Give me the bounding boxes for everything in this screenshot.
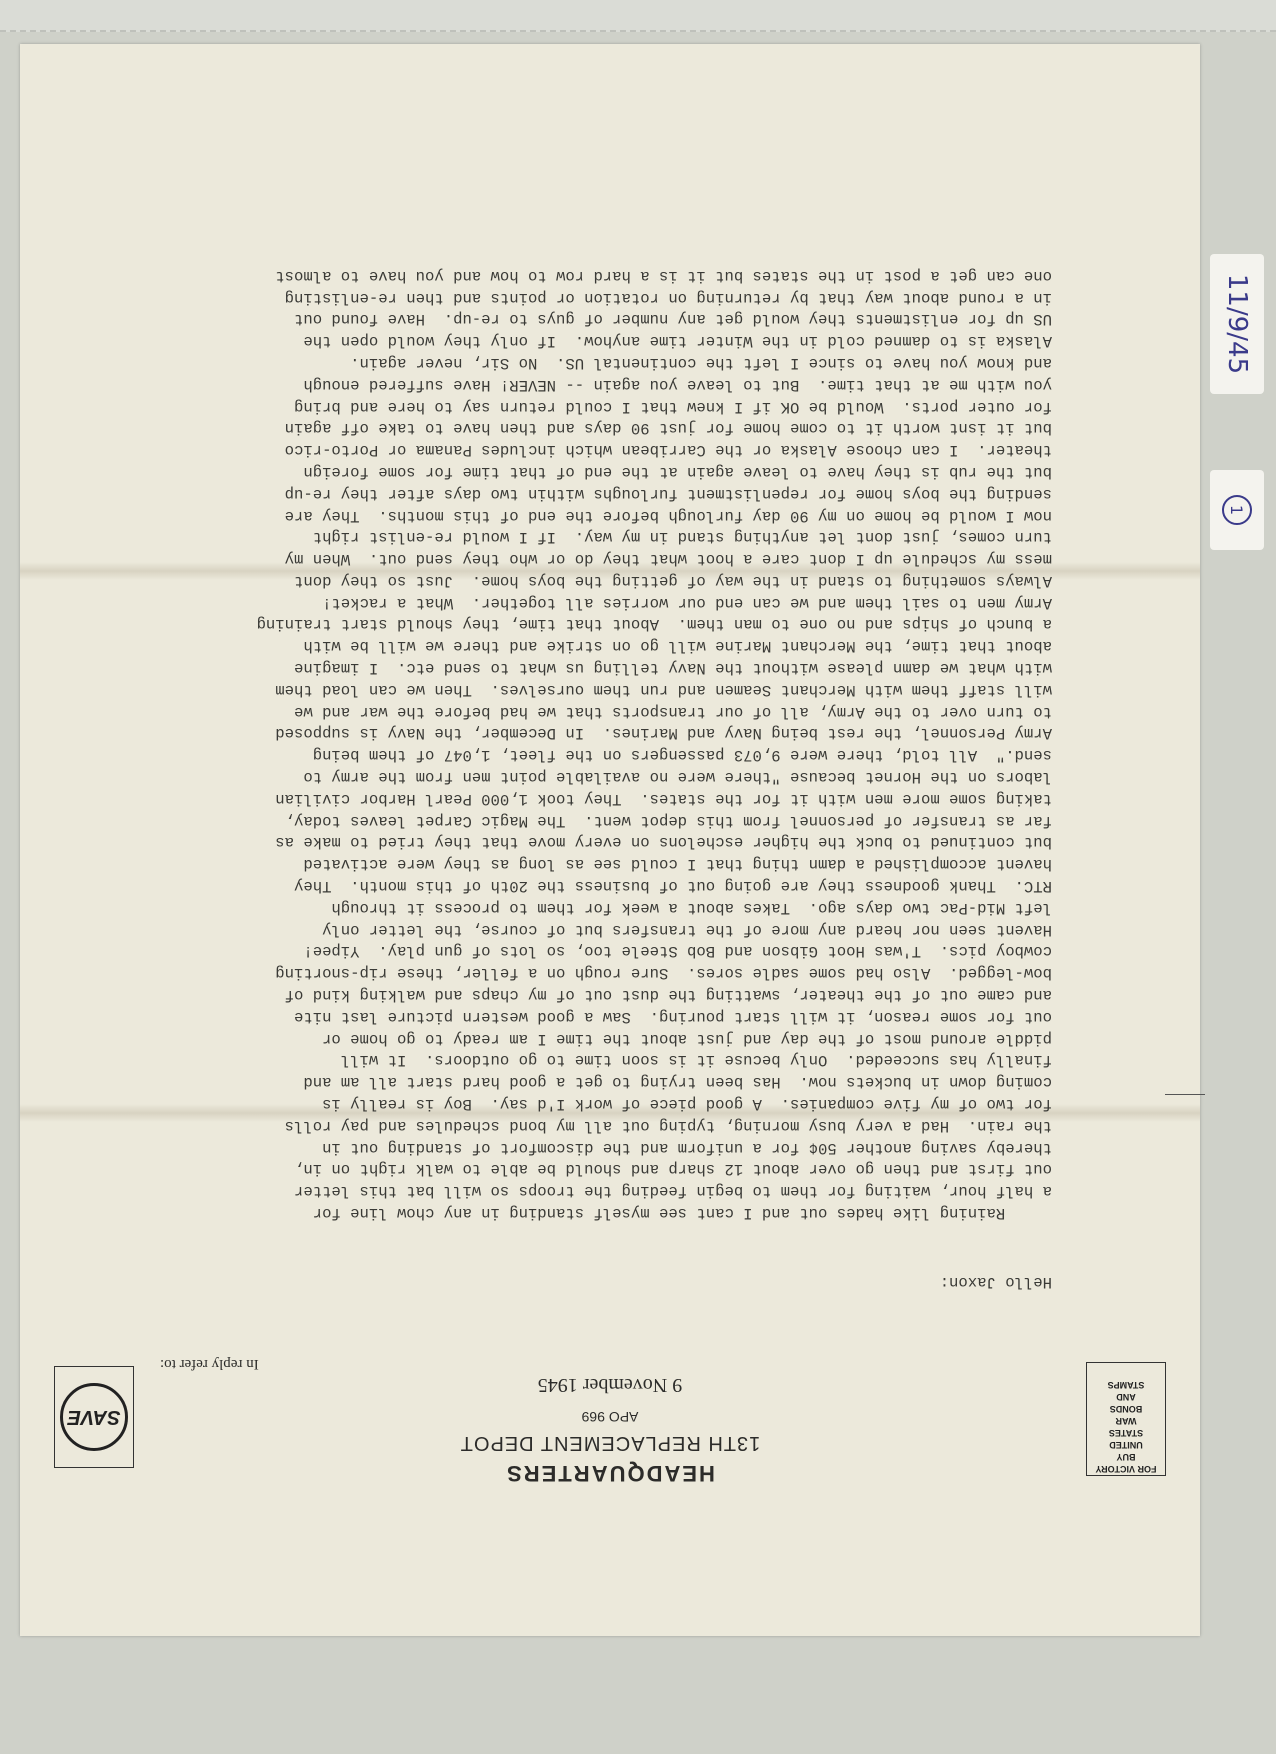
letter-line: mess my schedule up I dont care a hoot w…	[122, 547, 1052, 569]
letterhead-unit: 13TH REPLACEMENT DEPOT	[20, 1431, 1200, 1454]
letter-line: a bunch of ships and no one to man them.…	[122, 613, 1052, 635]
letter-line: for two of my five companies. A good pie…	[122, 1092, 1052, 1114]
scan-sleeve-edge	[0, 0, 1276, 32]
letter-line: bow-legged. Also had some sadle sores. S…	[122, 961, 1052, 983]
letter-lines: Raining like hades out and I cant see my…	[122, 264, 1052, 1223]
letter-line: coming down in buckets now. Has been try…	[122, 1070, 1052, 1092]
letter-line: and came out of the theater, swatting th…	[122, 983, 1052, 1005]
letter-line: labors on the Hornet because "there were…	[122, 765, 1052, 787]
letter-line: havent accomplished a damn thing that I …	[122, 852, 1052, 874]
letter-line: the rain. Had a very busy morning, typin…	[122, 1114, 1052, 1136]
letterhead-org: HEADQUARTERS	[20, 1460, 1200, 1486]
letter-line: Army Personnel, the rest being Navy and …	[122, 722, 1052, 744]
letter-line: finally has succeeded. Only becuse it is…	[122, 1049, 1052, 1071]
letter-line: you with me at that time. But to leave y…	[122, 373, 1052, 395]
page-number-note: 1	[1210, 470, 1264, 550]
letter-line: a half hour, waiting for them to begin f…	[122, 1179, 1052, 1201]
letter-line: about that time, the Merchant Marine wil…	[122, 635, 1052, 657]
letter-line: and know you have to since I left the co…	[122, 351, 1052, 373]
letter-line: left Mid-Pac two days ago. Takes about a…	[122, 896, 1052, 918]
salutation: Hello Jaxon:	[122, 1271, 1052, 1293]
letter-line: for outer ports. Would be OK if I knew t…	[122, 395, 1052, 417]
letter-line: in a round about way that by returning o…	[122, 286, 1052, 308]
letter-line: Raining like hades out and I cant see my…	[122, 1201, 1052, 1223]
letter-line: far as transfer of personnel from this d…	[122, 809, 1052, 831]
letter-line: one can get a post in the states but it …	[122, 264, 1052, 286]
letter-line: but it isnt worth it to come home for ju…	[122, 417, 1052, 439]
reply-reference: In reply refer to:	[160, 1355, 259, 1372]
letter-line: out for some reason, it will start pouri…	[122, 1005, 1052, 1027]
rotated-page-content: FOR VICTORY BUY UNITED STATES WAR BONDS …	[20, 44, 1200, 1636]
letter-line: thereby saving another 50¢ for a uniform…	[122, 1136, 1052, 1158]
letter-line: send." All told, there were 9,073 passen…	[122, 743, 1052, 765]
letter-line: out first and then go over about 12 shar…	[122, 1158, 1052, 1180]
letter-line: Alaska is to damned cold in the Winter t…	[122, 329, 1052, 351]
letter-line: to turn over to the Army, all of our tra…	[122, 700, 1052, 722]
handwritten-date-note: 11/9/45	[1210, 254, 1264, 394]
handwritten-date: 11/9/45	[1222, 274, 1252, 374]
letter-line: sending the boys home for repenlistment …	[122, 482, 1052, 504]
margin-mark	[1165, 1094, 1205, 1095]
letterhead-apo: APO 969	[20, 1409, 1200, 1425]
letter-line: RTC. Thank goodness they are going out o…	[122, 874, 1052, 896]
letter-line: Army men to sail them and we can end our…	[122, 591, 1052, 613]
letter-line: Always something to stand in the way of …	[122, 569, 1052, 591]
letter-line: but continued to buck the higher eschelo…	[122, 831, 1052, 853]
letter-page: FOR VICTORY BUY UNITED STATES WAR BONDS …	[20, 44, 1200, 1636]
letter-line: cowboy pics. T'was Hoot Gibson and Bob S…	[122, 940, 1052, 962]
letter-line: now I would be home on my 90 day furloug…	[122, 504, 1052, 526]
letter-line: Havent seen nor heard any more of the tr…	[122, 918, 1052, 940]
letter-date: 9 November 1945	[20, 1373, 1200, 1396]
page-number: 1	[1222, 495, 1252, 525]
letter-line: taking some more men with it for the sta…	[122, 787, 1052, 809]
letter-line: piddle around most of the day and just a…	[122, 1027, 1052, 1049]
letterhead: HEADQUARTERS 13TH REPLACEMENT DEPOT APO …	[20, 1409, 1200, 1486]
letter-line: with what we damn please without the Nav…	[122, 656, 1052, 678]
letter-line: turn comes, just dont let anything stand…	[122, 526, 1052, 548]
letter-line: will staff them with Merchant Seamen and…	[122, 678, 1052, 700]
letter-line: but the rub is they have to leave again …	[122, 460, 1052, 482]
letter-body: Hello Jaxon: Raining like hades out and …	[122, 220, 1052, 1336]
letter-line: theater. I can choose Alaska or the Carr…	[122, 438, 1052, 460]
letter-line: US up for enlistments they would get any…	[122, 308, 1052, 330]
